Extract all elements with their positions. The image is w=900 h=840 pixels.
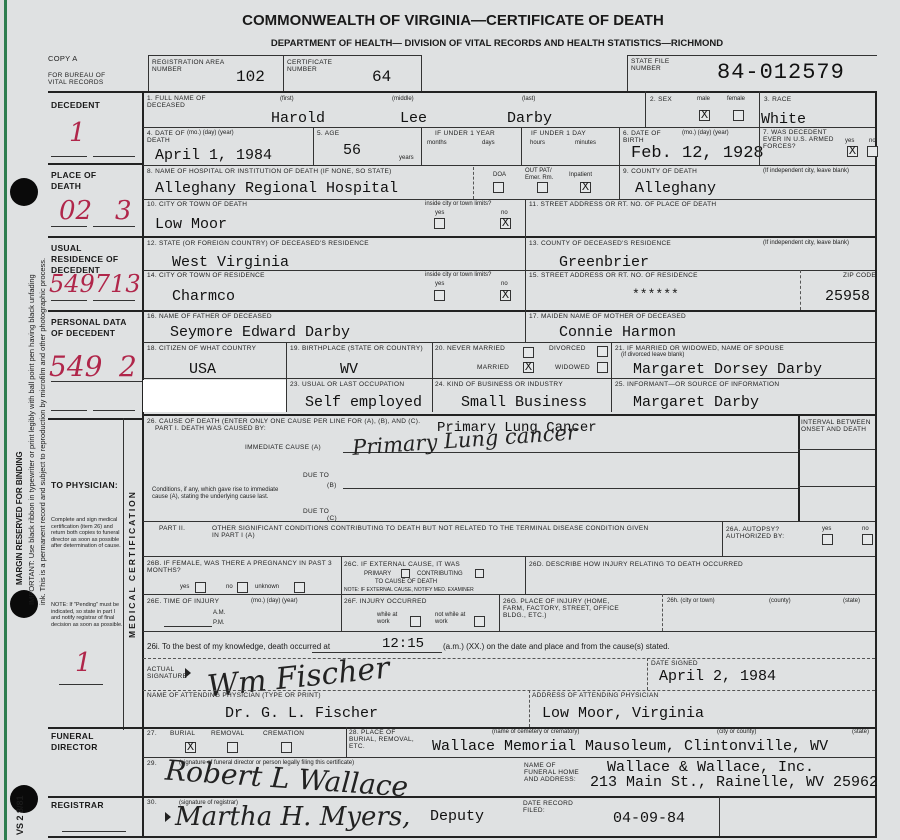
inpatient-label: Inpatient — [569, 172, 592, 179]
removal-label: REMOVAL — [211, 730, 244, 737]
armed-forces-label: 7. WAS DECEDENT EVER IN U.S. ARMED FORCE… — [763, 129, 843, 150]
physician-name-label: NAME OF ATTENDING PHYSICIAN (Type or Pri… — [147, 692, 321, 699]
am-label: A.M. — [213, 610, 225, 617]
days-label: days — [482, 140, 495, 147]
county-of-death-label: 9. COUNTY OF DEATH — [623, 168, 697, 175]
zip-code: 25958 — [825, 288, 870, 305]
months-label: months — [427, 140, 447, 147]
removal-checkbox[interactable] — [227, 742, 238, 753]
date-of-birth-label: 6. DATE OF BIRTH — [623, 130, 667, 144]
last-name-label: (last) — [522, 96, 535, 103]
cremation-label: CREMATION — [263, 730, 304, 737]
burial-label: BURIAL — [170, 730, 195, 737]
occupation-label: 23. USUAL OR LAST OCCUPATION — [290, 381, 404, 388]
pregnancy-no-label: no — [226, 584, 233, 591]
margin-binding-note: MARGIN RESERVED FOR BINDING — [15, 451, 24, 585]
street-address-death-label: 11. STREET ADDRESS OR RT. NO. OF PLACE O… — [529, 201, 716, 208]
while-at-work-label: while at work — [377, 612, 407, 625]
residence-county: Greenbrier — [559, 254, 649, 271]
pregnancy-yes-checkbox[interactable] — [195, 582, 206, 593]
code-place-of-death-a: 02 — [59, 196, 92, 226]
code-decedent: 1 — [69, 118, 86, 148]
due-to-c-label: DUE TO — [303, 508, 329, 515]
external-contributing-checkbox[interactable] — [475, 569, 484, 578]
section-funeral-director: FUNERAL DIRECTOR — [51, 731, 121, 753]
section-decedent: DECEDENT — [51, 100, 100, 111]
date-signed-label: DATE SIGNED — [651, 660, 698, 667]
res-inside-yes-label: yes — [435, 281, 444, 288]
mother-name: Connie Harmon — [559, 324, 676, 341]
code-personal-data-a: 549 — [49, 350, 102, 383]
birthplace-label: 19. BIRTHPLACE (state or country) — [290, 345, 423, 352]
doa-checkbox[interactable] — [493, 182, 504, 193]
injury-description-label: 26d. DESCRIBE HOW INJURY RELATING TO DEA… — [529, 561, 743, 568]
time-of-injury-format: (mo.) (day) (year) — [251, 598, 298, 605]
immediate-cause-label: IMMEDIATE CAUSE (A) — [245, 444, 321, 451]
form-id: VS 2 8/81 — [15, 795, 25, 835]
field-30-label: 30. — [147, 799, 157, 806]
death-inside-yes-label: yes — [435, 210, 444, 217]
code-place-of-death-b: 3 — [115, 196, 132, 226]
autopsy-yes-checkbox[interactable] — [822, 534, 833, 545]
signature-arrow-icon — [185, 668, 191, 678]
place-of-burial: Wallace Memorial Mausoleum, Clintonville… — [432, 738, 828, 755]
cemetery-label: (name of cemetery or crematory) — [492, 729, 579, 736]
contributing-label: CONTRIBUTING — [417, 571, 463, 578]
father-name: Seymore Edward Darby — [170, 324, 350, 341]
registrar-arrow-icon — [165, 812, 171, 822]
date-of-death: April 1, 1984 — [155, 147, 272, 164]
armed-forces-yes-checkbox[interactable]: X — [847, 146, 858, 157]
physician-address: Low Moor, Virginia — [542, 705, 704, 722]
residence-state: West Virginia — [172, 254, 289, 271]
certificate-title: COMMONWEALTH OF VIRGINIA—CERTIFICATE OF … — [3, 12, 900, 29]
autopsy-yes-label: yes — [822, 526, 831, 533]
physician-instructions: Complete and sign medical certification … — [51, 517, 123, 550]
registration-area-number: 102 — [236, 68, 265, 86]
race-label: 3. RACE — [764, 96, 791, 103]
state-file-label: STATE FILE NUMBER — [631, 58, 691, 72]
not-while-at-work-checkbox[interactable] — [474, 616, 485, 627]
injury-state-label: (state) — [843, 598, 860, 605]
last-name: Darby — [507, 110, 552, 127]
section-to-physician: TO PHYSICIAN: — [51, 480, 121, 491]
registrar-title: Deputy — [430, 808, 484, 825]
occupation: Self employed — [305, 394, 422, 411]
due-to-b-label: DUE TO — [303, 472, 329, 479]
margin-important-line2: ink. This is a permanent record and subj… — [38, 258, 47, 605]
physician-name: Dr. G. L. Fischer — [225, 705, 378, 722]
pregnancy-no-checkbox[interactable] — [237, 582, 248, 593]
mother-label: 17. MAIDEN NAME OF MOTHER OF DECEASED — [529, 313, 686, 320]
female-label: female — [727, 96, 745, 103]
years-label: years — [399, 155, 414, 162]
redacted-ssn — [143, 380, 286, 412]
outpatient-label: OUT PAT/ Emer. Rm. — [525, 168, 561, 181]
pregnancy-unknown-label: unknown — [255, 584, 279, 591]
residence-county-label: 13. COUNTY OF DECEASED'S RESIDENCE — [529, 240, 671, 247]
date-of-death-format: (mo.) (day) (year) — [187, 130, 234, 137]
date-of-death-label: 4. DATE OF DEATH — [147, 130, 187, 144]
residence-street: ****** — [632, 287, 679, 302]
date-signed: April 2, 1984 — [659, 668, 776, 685]
sex-female-checkbox[interactable] — [733, 110, 744, 121]
actual-signature-label: ACTUAL SIGNATURE — [147, 666, 187, 680]
business: Small Business — [461, 394, 587, 411]
city-of-death: Low Moor — [155, 216, 227, 233]
death-inside-limits-no-checkbox[interactable]: X — [500, 218, 511, 229]
certificate-number: 64 — [372, 68, 391, 86]
injury-occurred-label: 26f. INJURY OCCURRED — [344, 598, 427, 605]
age-label: 5. AGE — [317, 130, 339, 137]
field-29-label: 29. — [147, 760, 157, 767]
married-checkbox[interactable]: X — [523, 362, 534, 373]
citizen-label: 18. CITIZEN OF WHAT COUNTRY — [147, 345, 256, 352]
hours-label: hours — [530, 140, 545, 147]
residence-independent-city-note: (If independent city, leave blank) — [763, 240, 849, 247]
sex-male-checkbox[interactable]: X — [699, 110, 710, 121]
copy-note: FOR BUREAU OF VITAL RECORDS — [48, 72, 108, 86]
date-filed-label: DATE RECORD FILED: — [523, 800, 583, 814]
death-occurred-label: 26i. To the best of my knowledge, death … — [147, 642, 330, 651]
residence-inside-limits-label: inside city or town limits? — [425, 272, 491, 279]
autopsy-label: 26a. AUTOPSY? AUTHORIZED BY: — [726, 526, 806, 540]
binding-hole-top — [10, 178, 38, 206]
conditions-note: Conditions, if any, which gave rise to i… — [152, 487, 282, 500]
residence-city: Charmco — [172, 288, 235, 305]
certificate-number-label: CERTIFICATE NUMBER — [287, 59, 347, 73]
independent-city-note: (If independent city, leave blank) — [763, 168, 849, 175]
sex-label: 2. SEX — [650, 96, 672, 103]
informant: Margaret Darby — [633, 394, 759, 411]
hospital: Alleghany Regional Hospital — [155, 180, 398, 197]
death-inside-limits-yes-checkbox[interactable] — [434, 218, 445, 229]
spouse-note: (if divorced leave blank) — [621, 352, 684, 359]
residence-inside-limits-no-checkbox[interactable]: X — [500, 290, 511, 301]
cause-of-death-label: 26. CAUSE OF DEATH (Enter only one cause… — [147, 418, 447, 425]
widowed-checkbox[interactable] — [597, 362, 608, 373]
b-label: (B) — [327, 482, 337, 489]
date-of-birth-format: (mo.) (day) (year) — [682, 130, 729, 137]
race: White — [761, 111, 806, 128]
external-cause-label: 26c. IF EXTERNAL CAUSE, IT WAS — [344, 561, 460, 568]
never-married-label: 20. NEVER MARRIED — [435, 345, 505, 352]
injury-county-label: (county) — [769, 598, 791, 605]
armed-forces-no-checkbox[interactable] — [867, 146, 878, 157]
city-of-death-label: 10. CITY OR TOWN OF DEATH — [147, 201, 247, 208]
hospital-label: 8. NAME OF HOSPITAL OR INSTITUTION OF DE… — [147, 168, 392, 175]
funeral-home-address: 213 Main St., Rainelle, WV 25962 — [590, 774, 878, 791]
autopsy-no-label: no — [862, 526, 869, 533]
inpatient-checkbox[interactable]: X — [580, 182, 591, 193]
pregnancy-label: 26b. IF FEMALE, WAS THERE A PREGNANCY IN… — [147, 560, 337, 574]
to-cause-label: TO CAUSE OF DEATH — [375, 579, 437, 586]
while-at-work-checkbox[interactable] — [410, 616, 421, 627]
place-of-injury-label: 26g. PLACE OF INJURY (home, farm, factor… — [503, 598, 628, 619]
registrar-signature: Martha H. Myers, — [175, 802, 410, 832]
external-primary-checkbox[interactable] — [401, 569, 410, 578]
county-of-death: Alleghany — [635, 180, 716, 197]
field-27-label: 27. — [147, 730, 157, 737]
res-inside-no-label: no — [501, 281, 508, 288]
code-personal-data-b: 2 — [119, 350, 137, 383]
pregnancy-unknown-checkbox[interactable] — [294, 582, 305, 593]
code-physician: 1 — [75, 648, 92, 678]
registration-area-label: REGISTRATION AREA NUMBER — [152, 59, 232, 73]
residence-street-label: 15. STREET ADDRESS OR RT. NO. OF RESIDEN… — [529, 272, 698, 279]
death-certificate: MARGIN RESERVED FOR BINDING IMPORTANT: U… — [4, 0, 900, 840]
residence-state-label: 12. STATE (OR FOREIGN COUNTRY) OF DECEAS… — [147, 240, 369, 247]
injury-city-label: 26h. (city or town) — [667, 598, 715, 605]
part-1-label: PART I. DEATH WAS CAUSED BY: — [155, 425, 266, 432]
time-of-death: 12:15 — [382, 636, 424, 652]
part-2-label: PART II. — [159, 525, 185, 532]
primary-label: PRIMARY — [364, 571, 391, 578]
first-name: Harold — [271, 110, 325, 127]
section-personal-data: PERSONAL DATA OF DECEDENT — [51, 317, 131, 339]
spouse-name: Margaret Dorsey Darby — [633, 361, 822, 378]
autopsy-no-checkbox[interactable] — [862, 534, 873, 545]
doa-label: DOA — [493, 172, 506, 179]
middle-name-label: (middle) — [392, 96, 414, 103]
part-2-text: OTHER SIGNIFICANT CONDITIONS CONTRIBUTIN… — [212, 525, 652, 539]
under-1-year-label: IF UNDER 1 YEAR — [435, 130, 495, 137]
inside-limits-label: inside city or town limits? — [425, 201, 491, 208]
father-label: 16. NAME OF FATHER OF DECEASED — [147, 313, 272, 320]
widowed-label: WIDOWED — [555, 364, 590, 371]
pm-label: P.M. — [213, 620, 225, 627]
interval-label: INTERVAL BETWEEN ONSET AND DEATH — [801, 419, 877, 433]
not-while-at-work-label: not while at work — [435, 612, 473, 625]
section-medical-certification: MEDICAL CERTIFICATION — [127, 490, 137, 638]
residence-inside-limits-yes-checkbox[interactable] — [434, 290, 445, 301]
armed-no-label: no — [869, 138, 876, 145]
section-registrar: REGISTRAR — [51, 800, 104, 811]
state-file-number: 84-012579 — [717, 60, 845, 85]
copy-label: COPY A — [48, 55, 78, 62]
middle-name: Lee — [400, 110, 427, 127]
cremation-checkbox[interactable] — [281, 742, 292, 753]
zip-code-label: ZIP CODE — [843, 272, 876, 279]
married-label: MARRIED — [477, 364, 509, 371]
field-1-label: 1. FULL NAME OF DECEASED — [147, 95, 227, 109]
business-label: 24. KIND OF BUSINESS OR INDUSTRY — [435, 381, 563, 388]
certificate-subtitle: DEPARTMENT OF HEALTH— DIVISION OF VITAL … — [47, 38, 900, 49]
never-married-checkbox[interactable] — [523, 347, 534, 358]
burial-checkbox[interactable]: X — [185, 742, 196, 753]
divorced-label: DIVORCED — [549, 345, 586, 352]
section-place-of-death: PLACE OF DEATH — [51, 170, 111, 192]
code-usual-residence: 549713 — [49, 270, 141, 298]
spouse-label: 21. IF MARRIED OR WIDOWED, NAME OF SPOUS… — [615, 345, 784, 352]
birthplace: WV — [340, 361, 358, 378]
place-of-burial-label: 28. PLACE OF BURIAL, REMOVAL, ETC. — [349, 729, 424, 750]
death-occurred-ampm: (a.m.) (XX.) on the date and place and f… — [443, 642, 670, 651]
divorced-checkbox[interactable] — [597, 346, 608, 357]
date-filed: 04-09-84 — [613, 810, 685, 827]
physician-address-label: ADDRESS OF ATTENDING PHYSICIAN — [532, 692, 659, 699]
margin-important-line1: IMPORTANT: Use black ribbon in typewrite… — [27, 274, 36, 605]
male-label: male — [697, 96, 710, 103]
under-1-day-label: IF UNDER 1 DAY — [531, 130, 586, 137]
outpatient-checkbox[interactable] — [537, 182, 548, 193]
age: 56 — [343, 142, 361, 159]
external-cause-note: NOTE: IF EXTERNAL CAUSE, NOTIFY MED. EXA… — [344, 587, 474, 594]
pregnancy-yes-label: yes — [180, 584, 189, 591]
pending-note: NOTE: If "Pending" must be indicated, so… — [51, 602, 123, 628]
time-of-injury-label: 26e. TIME OF INJURY — [147, 598, 219, 605]
informant-label: 25. INFORMANT—OR SOURCE OF INFORMATION — [615, 381, 779, 388]
burial-state-label: (state) — [852, 729, 869, 736]
burial-city-label: (city or county) — [717, 729, 756, 736]
residence-city-label: 14. CITY OR TOWN OF RESIDENCE — [147, 272, 265, 279]
citizen-country: USA — [189, 361, 216, 378]
minutes-label: minutes — [575, 140, 596, 147]
date-of-birth: Feb. 12, 1928 — [631, 144, 764, 163]
first-name-label: (first) — [280, 96, 294, 103]
funeral-home-label: NAME OF FUNERAL HOME AND ADDRESS: — [524, 762, 586, 783]
